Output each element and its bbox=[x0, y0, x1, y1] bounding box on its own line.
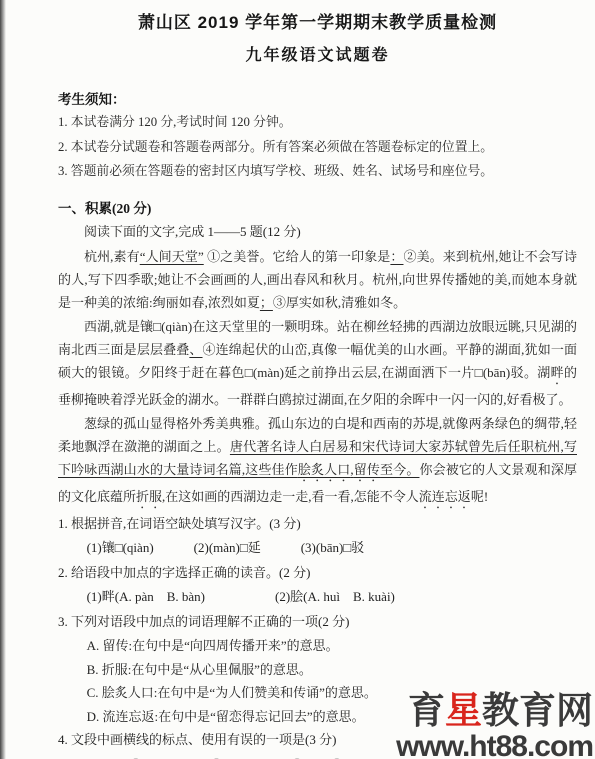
notice-item-2: 2. 本试卷分试题卷和答题卷两部分。所有答案必须做在答题卷标定的位置上。 bbox=[58, 135, 577, 160]
passage-paragraph-2: 西湖,就是镶□(qiàn)在这天堂里的一颗明珠。站在柳丝轻拂的西湖边放眼远眺,只… bbox=[58, 315, 577, 411]
exam-paper-page: 萧山区 2019 学年第一学期期末教学质量检测 九年级语文试题卷 考生须知： 1… bbox=[0, 0, 595, 759]
watermark: 育星教育网 www.ht88.com bbox=[396, 692, 593, 759]
q2-item-1: (1)畔(A. pàn B. bàn) bbox=[87, 585, 205, 610]
question-1-stem: 1. 根据拼音,在词语空缺处填写汉字。(3 分) bbox=[58, 512, 577, 537]
question-1-blanks: (1)镶□(qiàn) (2)(màn)□延 (3)(bān)□驳 bbox=[58, 536, 577, 561]
q1-blank-1: (1)镶□(qiàn) bbox=[87, 536, 154, 561]
section-heading: 一、积累(20 分) bbox=[58, 198, 577, 220]
page-content: 萧山区 2019 学年第一学期期末教学质量检测 九年级语文试题卷 考生须知： 1… bbox=[58, 10, 577, 752]
watermark-url: www.ht88.com bbox=[396, 732, 593, 759]
exam-subtitle: 九年级语文试题卷 bbox=[58, 44, 577, 68]
q2-item-2: (2)脍(A. huì B. kuài) bbox=[275, 585, 395, 610]
q1-blank-3: (3)(bān)□驳 bbox=[301, 536, 364, 561]
notice-item-3: 3. 答题前必须在答题卷的密封区内填写学校、班级、姓名、试场号和座位号。 bbox=[58, 159, 577, 184]
question-2-items: (1)畔(A. pàn B. bàn) (2)脍(A. huì B. kuài) bbox=[58, 585, 577, 610]
notice-heading: 考生须知： bbox=[58, 90, 577, 110]
q3-option-a: A. 留传:在句中是“向四周传播开来”的意思。 bbox=[58, 634, 577, 658]
reading-instruction: 阅读下面的文字,完成 1——5 题(12 分) bbox=[58, 220, 577, 244]
cutoff-next-line: ① ② ③④ bbox=[130, 753, 371, 759]
watermark-logo: 育星教育网 bbox=[396, 692, 593, 729]
notice-item-1: 1. 本试卷满分 120 分,考试时间 120 分钟。 bbox=[58, 110, 577, 135]
passage-paragraph-1: 杭州,素有“人间天堂” ①之美誉。它给人的第一印象是：②美。来到杭州,她让不会写… bbox=[58, 245, 577, 314]
exam-title: 萧山区 2019 学年第一学期期末教学质量检测 bbox=[58, 10, 577, 36]
q1-blank-2: (2)(màn)□延 bbox=[194, 536, 261, 561]
scan-edge-shadow bbox=[0, 0, 6, 759]
question-3-stem: 3. 下列对语段中加点的词语理解不正确的一项(2 分) bbox=[58, 610, 577, 635]
question-2-stem: 2. 给语段中加点的字选择正确的读音。(2 分) bbox=[58, 561, 577, 586]
passage-paragraph-3: 葱绿的孤山显得格外秀美典雅。孤山东边的白堤和西南的苏堤,就像两条绿色的绸带,轻柔… bbox=[58, 412, 577, 512]
q3-option-b: B. 折服:在句中是“从心里佩服”的意思。 bbox=[58, 658, 577, 682]
